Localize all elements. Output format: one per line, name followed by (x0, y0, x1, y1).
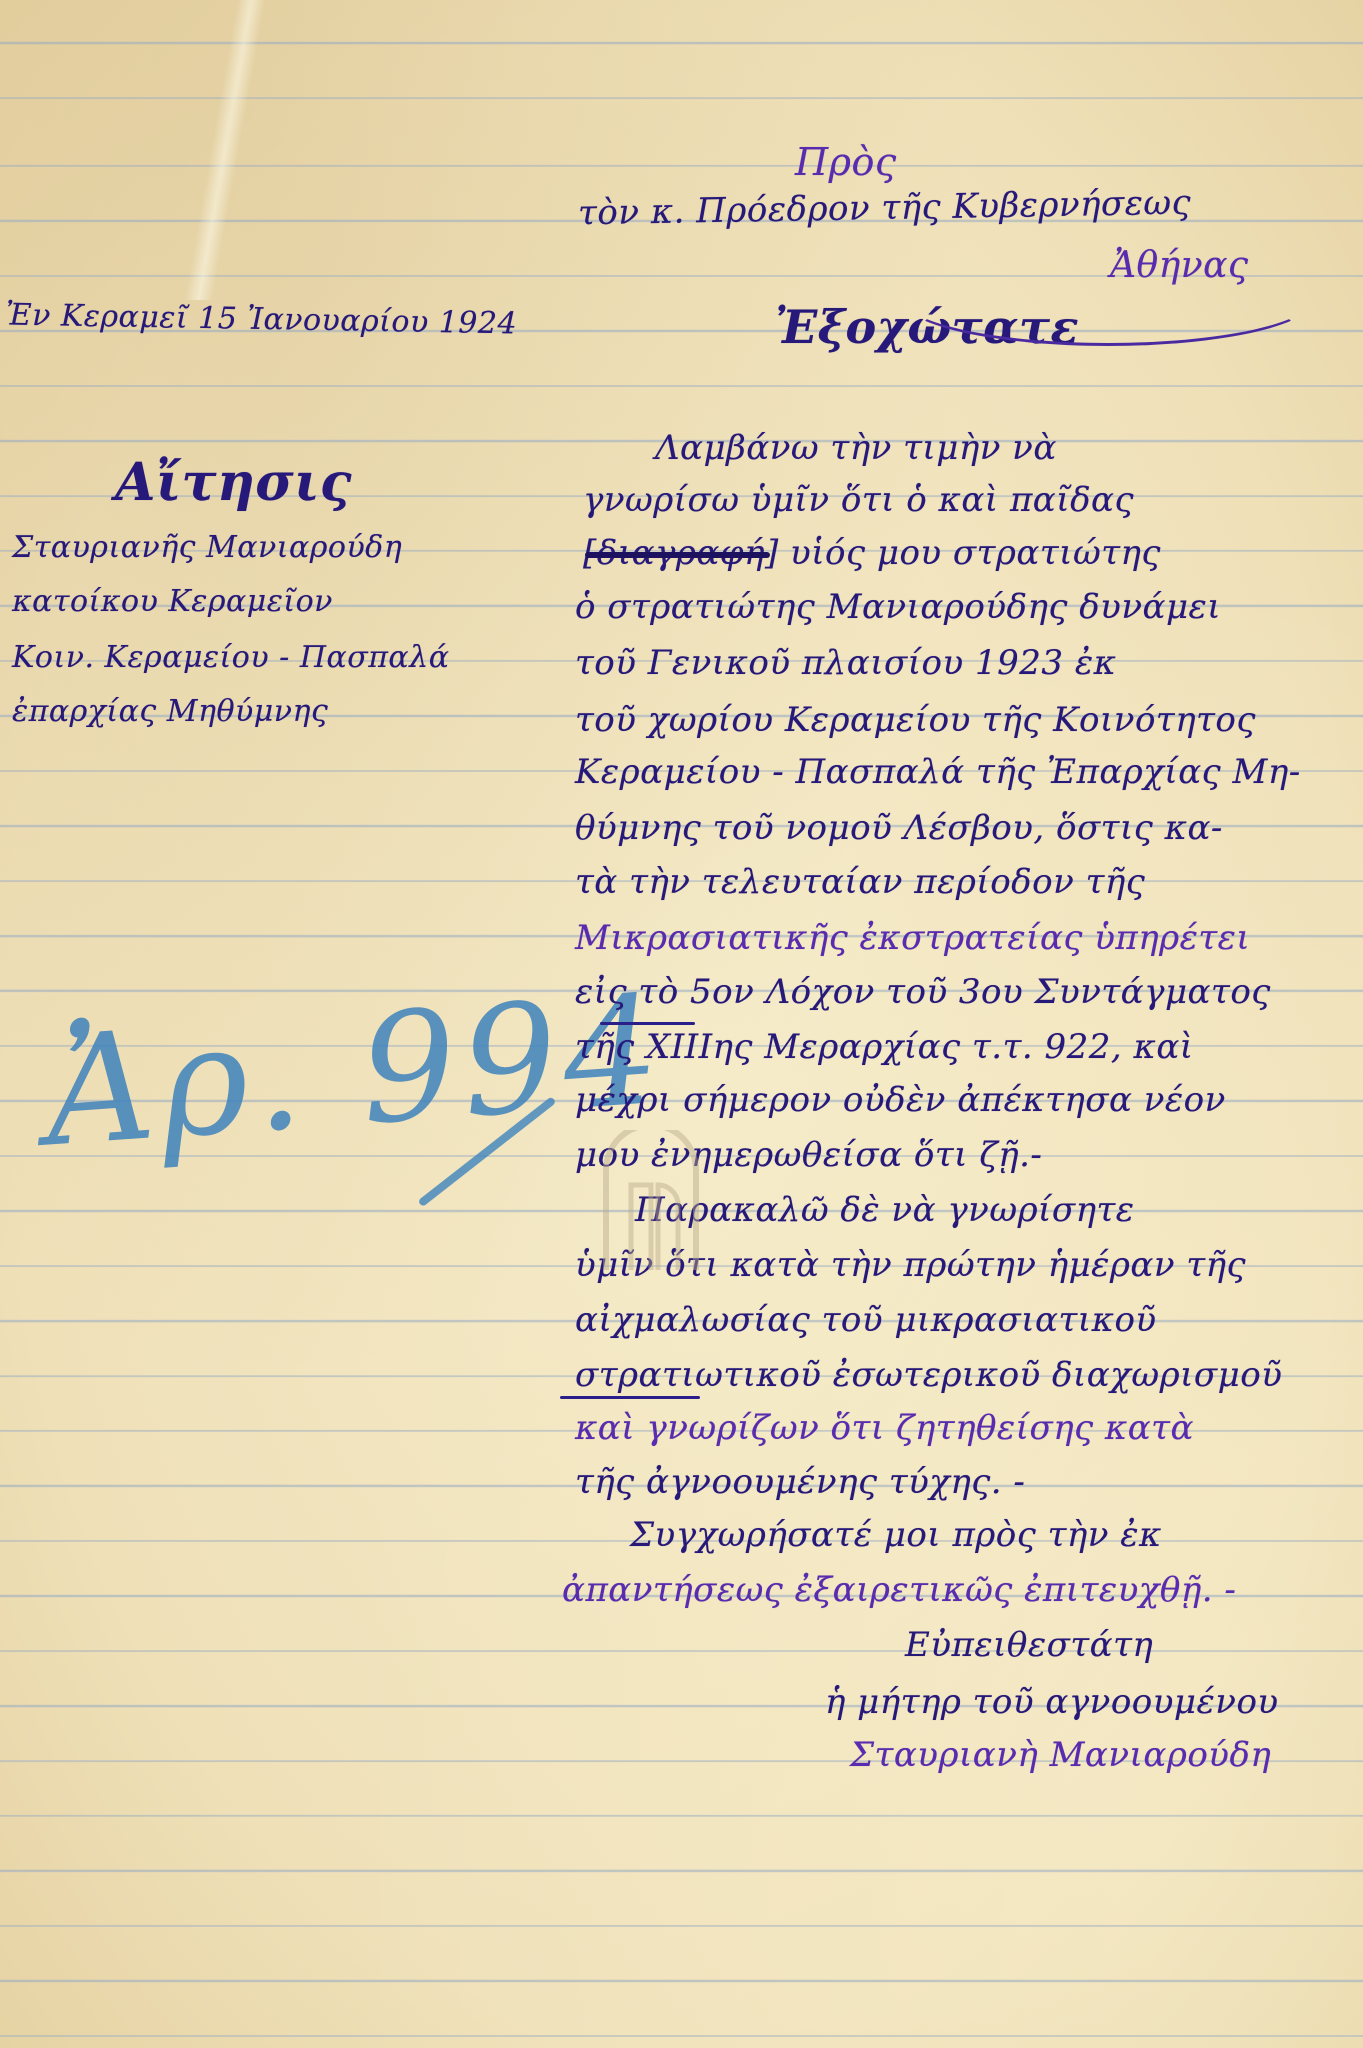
body-line: τὰ τὴν τελευταίαν περίοδον τῆς (575, 862, 1145, 902)
body-line: καὶ γνωρίζων ὅτι ζητηθείσης κατὰ (575, 1408, 1194, 1448)
body-line: ὁ στρατιώτης Μανιαρούδης δυνάμει (575, 587, 1221, 627)
body-line: αἰχμαλωσίας τοῦ μικρασιατικοῦ (575, 1300, 1157, 1340)
signature: Σταυριανὴ Μανιαρούδη (850, 1735, 1271, 1775)
underline-mark (600, 1022, 695, 1025)
body-line: Λαμβάνω τὴν τιμὴν νὰ (655, 428, 1057, 468)
body-line: τῆς ἀγνοουμένης τύχης. - (575, 1462, 1025, 1502)
body-line: τοῦ Γενικοῦ πλαισίου 1923 ἐκ (575, 643, 1116, 683)
body-line: γνωρίσω ὑμῖν ὅτι ὁ καὶ παῖδας (583, 480, 1134, 520)
addressee-pros: Πρὸς (795, 140, 897, 184)
body-line: τοῦ χωρίου Κεραμείου τῆς Κοινότητος (575, 700, 1256, 740)
body-line: στρατιωτικοῦ ἐσωτερικοῦ διαχωρισμοῦ (575, 1355, 1282, 1395)
petitioner-line: Κοιν. Κεραμείου - Πασπαλά (12, 640, 449, 675)
petition-title: Αἴτησις (115, 452, 352, 513)
archive-monogram-watermark-icon (596, 1130, 706, 1280)
closing-line: ἡ μήτηρ τοῦ αγνοουμένου (825, 1682, 1279, 1722)
underline-mark (560, 1396, 700, 1399)
body-line: μέχρι σήμερον οὐδὲν ἀπέκτησα νέον (575, 1080, 1226, 1120)
body-line: Παρακαλῶ δὲ νὰ γνωρίσητε (635, 1190, 1135, 1230)
salutation-flourish (900, 250, 1316, 346)
body-line: Συγχωρήσατέ μοι πρὸς τὴν ἐκ (630, 1515, 1162, 1555)
paper-crease (180, 0, 270, 300)
body-line: εἰς τὸ 5ον Λόχον τοῦ 3ου Συντάγματος (575, 972, 1271, 1012)
date-line: Ἐν Κεραμεῖ 15 Ἰανουαρίου 1924 (6, 298, 518, 342)
closing-line: Εὐπειθεστάτη (905, 1625, 1153, 1665)
addressee-line: τὸν κ. Πρόεδρον τῆς Κυβερνήσεως (578, 183, 1192, 234)
body-line: Κεραμείου - Πασπαλά τῆς Ἐπαρχίας Μη- (575, 752, 1301, 792)
body-line: ἀπαντήσεως ἐξαιρετικῶς ἐπιτευχθῇ. - (562, 1570, 1236, 1610)
document-page: Πρὸς τὸν κ. Πρόεδρον τῆς Κυβερνήσεως Ἀθή… (0, 0, 1363, 2048)
body-line: Μικρασιατικῆς ἐκστρατείας ὑπηρέτει (575, 918, 1250, 958)
body-line: θύμνης τοῦ νομοῦ Λέσβου, ὅστις κα- (575, 808, 1223, 848)
petitioner-line: κατοίκου Κεραμεῖον (12, 584, 333, 619)
petitioner-line: Σταυριανῆς Μανιαρούδη (12, 530, 402, 565)
petitioner-line: ἐπαρχίας Μηθύμνης (12, 694, 328, 729)
body-line: τῆς XIIIης Μεραρχίας τ.τ. 922, καὶ (575, 1027, 1194, 1067)
strikethrough-mark (585, 552, 770, 558)
